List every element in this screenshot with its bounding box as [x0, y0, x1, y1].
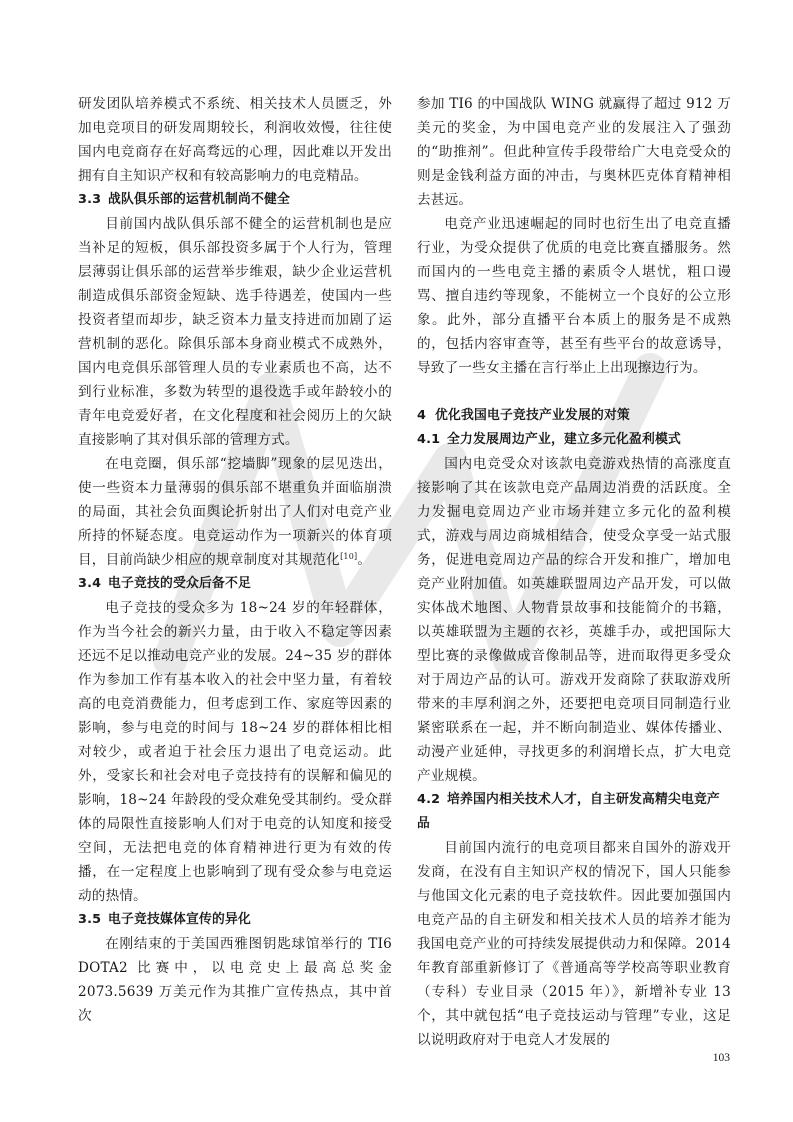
- section-title: 优化我国电子竞技产业发展的对策: [435, 408, 630, 423]
- citation-ref: [10]: [340, 552, 357, 561]
- section-heading-3-4: 3.4电子竞技的受众后备不足: [78, 572, 392, 596]
- section-heading-4: 4优化我国电子竞技产业发展的对策: [417, 404, 731, 428]
- section-number: 4.1: [417, 428, 447, 452]
- paragraph: 在电竞圈，俱乐部“挖墙脚”现象的层见迭出，使一些资本力量薄弱的俱乐部不堪重负并面…: [78, 452, 392, 572]
- section-number: 4.2: [417, 788, 447, 812]
- section-number: 3.3: [78, 188, 108, 212]
- section-title: 培养国内相关技术人才，自主研发高精尖电竞产品: [417, 792, 720, 831]
- paragraph: 参加 TI6 的中国战队 WING 就赢得了超过 912 万美元的奖金，为中国电…: [417, 92, 731, 212]
- paragraph: 电子竞技的受众多为 18~24 岁的年轻群体，作为当今社会的新兴力量，由于收入不…: [78, 596, 392, 908]
- section-number: 3.4: [78, 572, 108, 596]
- section-title: 全力发展周边产业，建立多元化盈利模式: [447, 432, 681, 447]
- paragraph: 目前国内战队俱乐部不健全的运营机制也是应当补足的短板，俱乐部投资多属于个人行为，…: [78, 212, 392, 452]
- paragraph: 国内电竞受众对该款电竞游戏热情的高涨度直接影响了其在该款电竞产品周边消费的活跃度…: [417, 452, 731, 788]
- paragraph: 目前国内流行的电竞项目都来自国外的游戏开发商，在没有自主知识产权的情况下，国人只…: [417, 836, 731, 1052]
- section-heading-4-2: 4.2培养国内相关技术人才，自主研发高精尖电竞产品: [417, 788, 731, 836]
- section-number: 3.5: [78, 908, 108, 932]
- left-column: 研发团队培养模式不系统、相关技术人员匮乏，外加电竞项目的研发周期较长，利润收效慢…: [78, 92, 392, 1028]
- paragraph: 研发团队培养模式不系统、相关技术人员匮乏，外加电竞项目的研发周期较长，利润收效慢…: [78, 92, 392, 188]
- section-heading-4-1: 4.1全力发展周边产业，建立多元化盈利模式: [417, 428, 731, 452]
- section-title: 电子竞技媒体宣传的异化: [108, 912, 251, 927]
- section-number: 4: [417, 404, 435, 428]
- section-heading-3-5: 3.5电子竞技媒体宣传的异化: [78, 908, 392, 932]
- paragraph-end: 。: [357, 552, 371, 568]
- spacer: [417, 380, 731, 404]
- section-title: 电子竞技的受众后备不足: [108, 576, 251, 591]
- paragraph: 在刚结束的于美国西雅图钥匙球馆举行的 TI6 DOTA2 比赛中，以电竞史上最高…: [78, 932, 392, 1028]
- paragraph: 电竞产业迅速崛起的同时也衍生出了电竞直播行业，为受众提供了优质的电竞比赛直播服务…: [417, 212, 731, 380]
- section-heading-3-3: 3.3战队俱乐部的运营机制尚不健全: [78, 188, 392, 212]
- page-number: 103: [713, 1052, 730, 1064]
- right-column: 参加 TI6 的中国战队 WING 就赢得了超过 912 万美元的奖金，为中国电…: [417, 92, 731, 1052]
- section-title: 战队俱乐部的运营机制尚不健全: [108, 192, 290, 207]
